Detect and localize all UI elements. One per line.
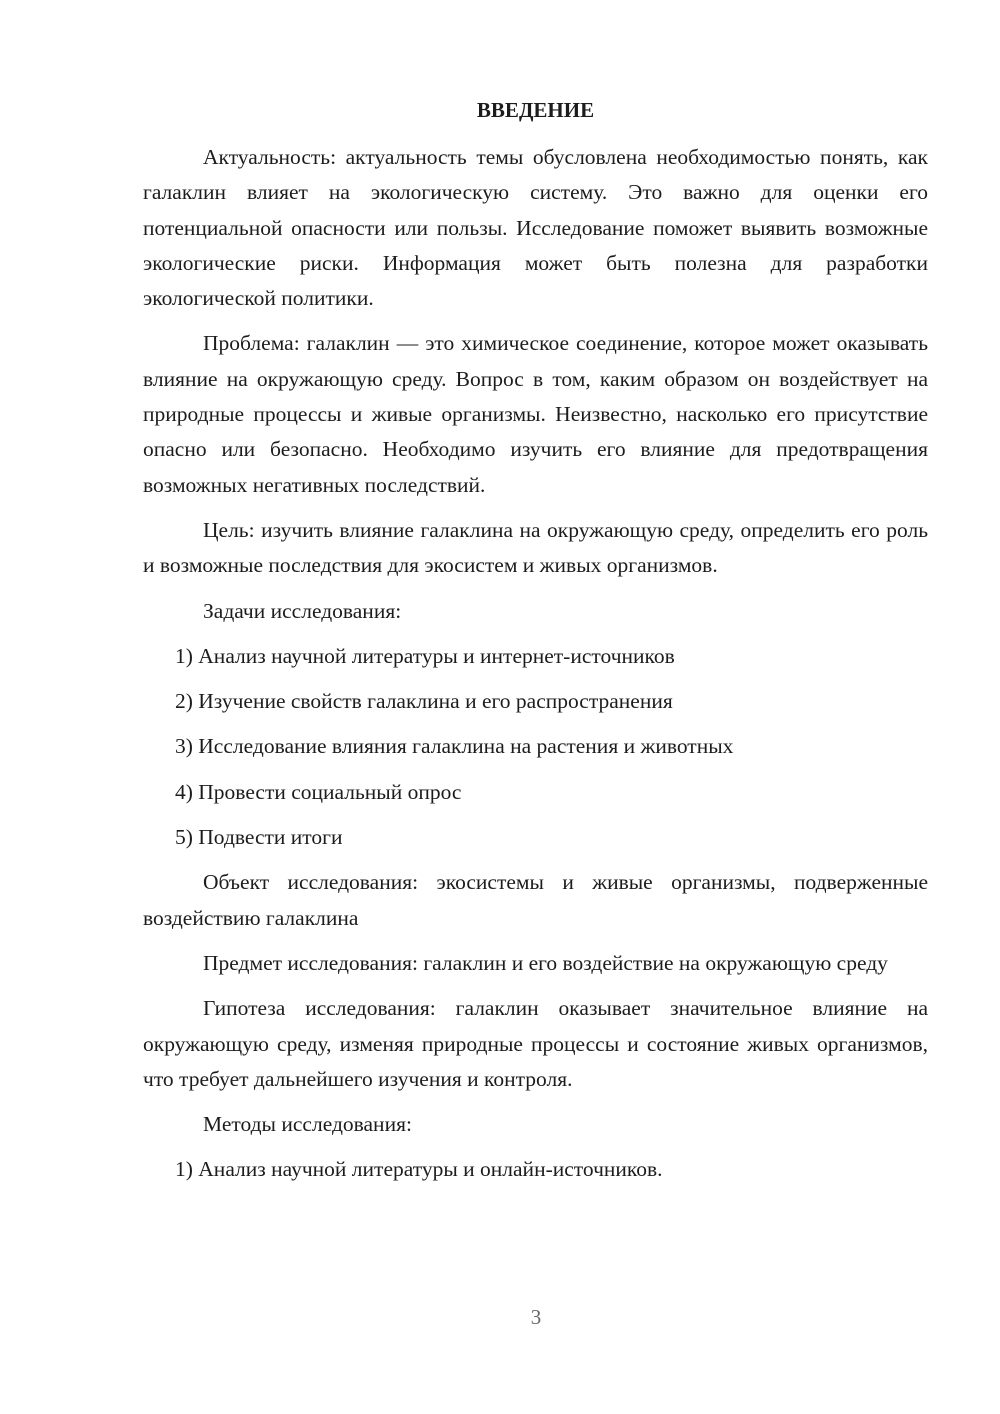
tasks-label: Задачи исследования: [143, 594, 928, 629]
paragraph-subject: Предмет исследования: галаклин и его воз… [143, 946, 928, 981]
task-item: 4) Провести социальный опрос [175, 775, 928, 810]
paragraph-goal: Цель: изучить влияние галаклина на окруж… [143, 513, 928, 584]
method-item: 1) Анализ научной литературы и онлайн-ис… [175, 1152, 928, 1187]
document-page: ВВЕДЕНИЕ Актуальность: актуальность темы… [143, 92, 928, 1198]
methods-label: Методы исследования: [143, 1107, 928, 1142]
section-heading: ВВЕДЕНИЕ [143, 92, 928, 128]
paragraph-hypothesis: Гипотеза исследования: галаклин оказывае… [143, 991, 928, 1097]
tasks-list: 1) Анализ научной литературы и интернет-… [143, 639, 928, 855]
page-number: 3 [0, 1305, 1000, 1330]
paragraph-problem: Проблема: галаклин — это химическое соед… [143, 326, 928, 502]
methods-list: 1) Анализ научной литературы и онлайн-ис… [143, 1152, 928, 1187]
task-item: 1) Анализ научной литературы и интернет-… [175, 639, 928, 674]
task-item: 5) Подвести итоги [175, 820, 928, 855]
paragraph-object: Объект исследования: экосистемы и живые … [143, 865, 928, 936]
paragraph-relevance: Актуальность: актуальность темы обусловл… [143, 140, 928, 316]
task-item: 3) Исследование влияния галаклина на рас… [175, 729, 928, 764]
task-item: 2) Изучение свойств галаклина и его расп… [175, 684, 928, 719]
